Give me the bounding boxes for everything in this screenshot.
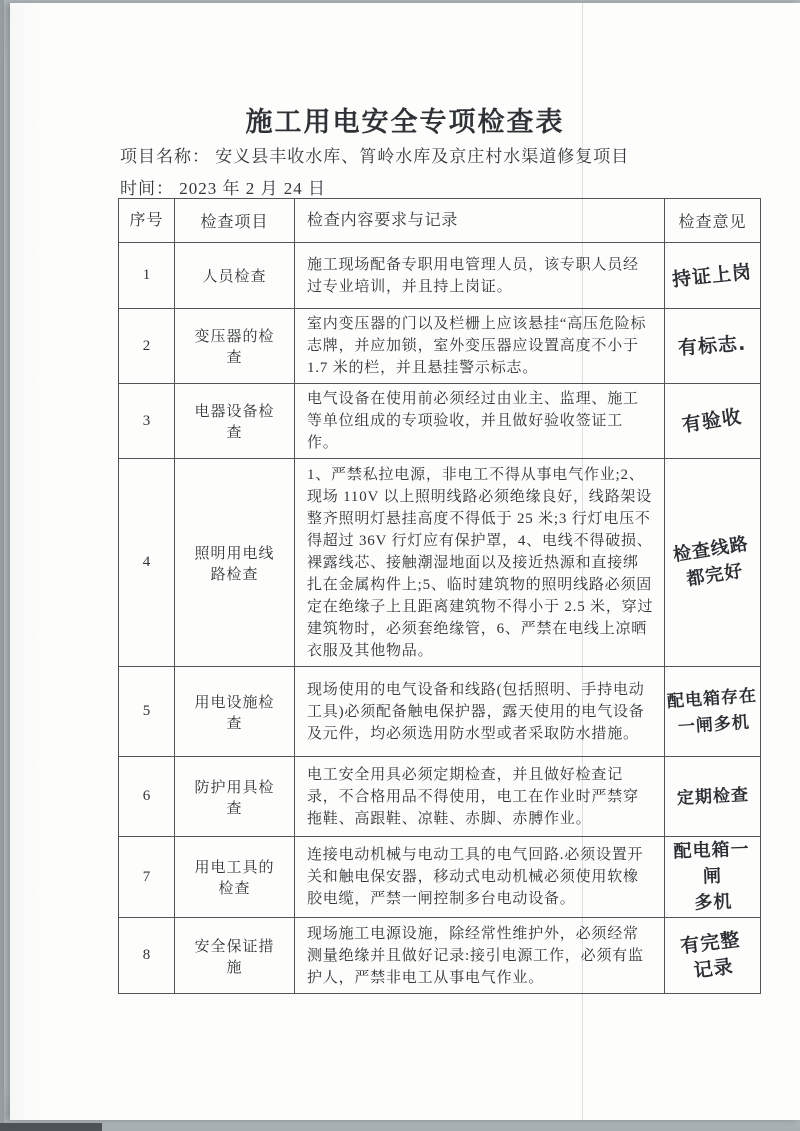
table-row: 6 防护用具检查 电工安全用具必须定期检查，并且做好检查记录，不合格用品不得使用… xyxy=(119,757,761,837)
table-row: 1 人员检查 施工现场配备专职用电管理人员，该专职人员经过专业培训，并且持上岗证… xyxy=(119,243,761,309)
handwritten-note: 有标志. xyxy=(678,331,748,362)
row-index: 4 xyxy=(119,459,175,667)
opinion-cell: 持证上岗 xyxy=(665,243,761,309)
date-value: 2023 年 2 月 24 日 xyxy=(179,179,326,198)
content-cell: 现场使用的电气设备和线路(包括照明、手持电动工具)必须配备触电保护器，露天使用的… xyxy=(295,667,665,757)
row-index: 6 xyxy=(119,757,175,837)
date-label: 时间： xyxy=(120,179,174,198)
header-content: 检查内容要求与记录 xyxy=(295,199,665,243)
opinion-cell: 有标志. xyxy=(665,309,761,384)
project-name-value: 安义县丰收水库、筲岭水库及京庄村水渠道修复项目 xyxy=(215,147,629,166)
table-row: 5 用电设施检查 现场使用的电气设备和线路(包括照明、手持电动工具)必须配备触电… xyxy=(119,667,761,757)
page-title: 施工用电安全专项检查表 xyxy=(10,100,800,139)
handwritten-note: 配电箱一闸 多机 xyxy=(665,836,761,917)
opinion-cell: 检查线路 都完好 xyxy=(665,459,761,667)
opinion-cell: 有验收 xyxy=(665,384,761,459)
table-row: 4 照明用电线路检查 1、严禁私拉电源，非电工不得从事电气作业;2、现场 110… xyxy=(119,459,761,667)
inspection-table: 序号 检查项目 检查内容要求与记录 检查意见 1 人员检查 施工现场配备专职用电… xyxy=(118,198,761,994)
content-cell: 室内变压器的门以及栏栅上应该悬挂“高压危险标志牌，并应加锁，室外变压器应设置高度… xyxy=(295,309,665,384)
content-cell: 连接电动机械与电动工具的电气回路.必须设置开关和触电保安器，移动式电动机械必须使… xyxy=(295,837,665,918)
content-cell: 电工安全用具必须定期检查，并且做好检查记录，不合格用品不得使用，电工在作业时严禁… xyxy=(295,757,665,837)
item-cell: 用电工具的检查 xyxy=(175,837,295,918)
content-cell: 1、严禁私拉电源，非电工不得从事电气作业;2、现场 110V 以上照明线路必须绝… xyxy=(295,459,665,667)
row-index: 3 xyxy=(119,384,175,459)
item-cell: 照明用电线路检查 xyxy=(175,459,295,667)
table-header-row: 序号 检查项目 检查内容要求与记录 检查意见 xyxy=(119,199,761,243)
project-name-line: 项目名称： 安义县丰收水库、筲岭水库及京庄村水渠道修复项目 xyxy=(120,142,629,167)
header-opinion: 检查意见 xyxy=(665,199,761,243)
handwritten-note: 配电箱存在 一闸多机 xyxy=(666,682,759,740)
content-cell: 电气设备在使用前必须经过由业主、监理、施工等单位组成的专项验收，并且做好验收签证… xyxy=(295,384,665,459)
scanned-page: 施工用电安全专项检查表 项目名称： 安义县丰收水库、筲岭水库及京庄村水渠道修复项… xyxy=(10,3,800,1120)
handwritten-note: 有完整 记录 xyxy=(680,926,746,985)
content-cell: 施工现场配备专职用电管理人员，该专职人员经过专业培训，并且持上岗证。 xyxy=(295,243,665,309)
handwritten-note: 持证上岗 xyxy=(671,258,753,292)
row-index: 1 xyxy=(119,243,175,309)
row-index: 8 xyxy=(119,918,175,994)
table-row: 7 用电工具的检查 连接电动机械与电动工具的电气回路.必须设置开关和触电保安器，… xyxy=(119,837,761,918)
scanner-edge-left xyxy=(0,0,4,1131)
opinion-cell: 配电箱一闸 多机 xyxy=(665,837,761,918)
project-name-label: 项目名称： xyxy=(120,147,210,166)
table-row: 3 电器设备检查 电气设备在使用前必须经过由业主、监理、施工等单位组成的专项验收… xyxy=(119,384,761,459)
item-cell: 变压器的检查 xyxy=(175,309,295,384)
header-index: 序号 xyxy=(119,199,175,243)
header-item: 检查项目 xyxy=(175,199,295,243)
item-cell: 人员检查 xyxy=(175,243,295,309)
date-line: 时间： 2023 年 2 月 24 日 xyxy=(120,174,326,199)
row-index: 5 xyxy=(119,667,175,757)
opinion-cell: 配电箱存在 一闸多机 xyxy=(665,667,761,757)
opinion-cell: 定期检查 xyxy=(665,757,761,837)
table-row: 2 变压器的检查 室内变压器的门以及栏栅上应该悬挂“高压危险标志牌，并应加锁，室… xyxy=(119,309,761,384)
item-cell: 电器设备检查 xyxy=(175,384,295,459)
handwritten-note: 检查线路 都完好 xyxy=(671,531,754,594)
opinion-cell: 有完整 记录 xyxy=(665,918,761,994)
item-cell: 安全保证措施 xyxy=(175,918,295,994)
row-index: 7 xyxy=(119,837,175,918)
handwritten-note: 有验收 xyxy=(681,403,744,438)
handwritten-note: 定期检查 xyxy=(676,782,749,812)
item-cell: 用电设施检查 xyxy=(175,667,295,757)
item-cell: 防护用具检查 xyxy=(175,757,295,837)
scanner-edge-bottom xyxy=(0,1123,102,1131)
content-cell: 现场施工电源设施，除经常性维护外，必须经常测量绝缘并且做好记录:接引电源工作，必… xyxy=(295,918,665,994)
table-row: 8 安全保证措施 现场施工电源设施，除经常性维护外，必须经常测量绝缘并且做好记录… xyxy=(119,918,761,994)
row-index: 2 xyxy=(119,309,175,384)
